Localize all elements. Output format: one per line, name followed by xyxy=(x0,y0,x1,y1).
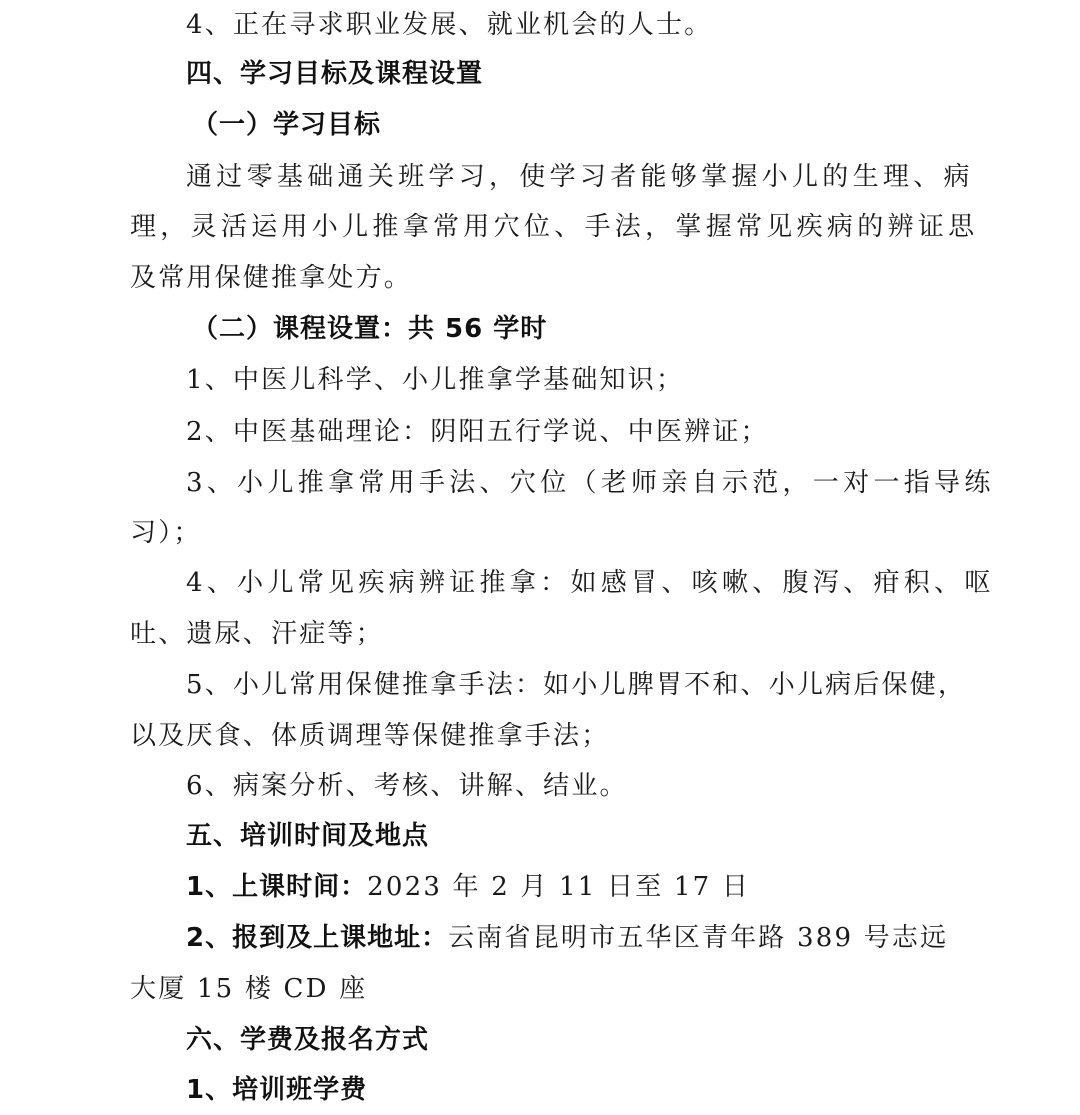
address-value: 云南省昆明市五华区青年路 389 号志远 xyxy=(448,923,948,953)
course-item-5-line-2: 以及厌食、体质调理等保健推拿手法； xyxy=(130,711,960,761)
address-label: 2、报到及上课地址： xyxy=(186,923,448,953)
address-line-2: 大厦 15 楼 CD 座 xyxy=(130,964,960,1014)
course-item-2: 2、中医基础理论：阴阳五行学说、中医辨证； xyxy=(186,407,1016,457)
section-4-title: 四、学习目标及课程设置 xyxy=(186,49,1016,99)
course-item-3-line-2: 习）； xyxy=(130,508,960,558)
course-item-4-line-1: 4、小儿常见疾病辨证推拿：如感冒、咳嗽、腹泻、疳积、呕 xyxy=(186,558,1016,608)
document-page: 4、正在寻求职业发展、就业机会的人士。 四、学习目标及课程设置 （一）学习目标 … xyxy=(0,0,1080,1115)
subsection-1-title: （一）学习目标 xyxy=(192,100,1022,150)
course-item-4-line-2: 吐、遗尿、汗症等； xyxy=(130,609,960,659)
goal-paragraph-line-2: 理，灵活运用小儿推拿常用穴位、手法，掌握常见疾病的辨证思 xyxy=(130,202,960,252)
class-time-label: 1、上课时间： xyxy=(186,872,367,902)
class-time-line: 1、上课时间：2023 年 2 月 11 日至 17 日 xyxy=(186,862,1016,912)
goal-paragraph-line-1: 通过零基础通关班学习，使学习者能够掌握小儿的生理、病 xyxy=(186,152,1016,202)
course-item-5-line-1: 5、小儿常用保健推拿手法：如小儿脾胃不和、小儿病后保健， xyxy=(186,660,1016,710)
course-item-6: 6、病案分析、考核、讲解、结业。 xyxy=(186,761,1016,811)
fee-subtitle: 1、培训班学费 xyxy=(186,1065,1016,1115)
goal-paragraph-line-3: 及常用保健推拿处方。 xyxy=(130,253,960,303)
class-time-value: 2023 年 2 月 11 日至 17 日 xyxy=(367,872,750,902)
course-item-1: 1、中医儿科学、小儿推拿学基础知识； xyxy=(186,355,1016,405)
address-line-1: 2、报到及上课地址：云南省昆明市五华区青年路 389 号志远 xyxy=(186,913,1016,963)
course-item-3-line-1: 3、小儿推拿常用手法、穴位（老师亲自示范，一对一指导练 xyxy=(186,458,1016,508)
section-5-title: 五、培训时间及地点 xyxy=(186,811,1016,861)
audience-item-4: 4、正在寻求职业发展、就业机会的人士。 xyxy=(186,0,1016,50)
section-6-title: 六、学费及报名方式 xyxy=(186,1015,1016,1065)
subsection-2-title: （二）课程设置：共 56 学时 xyxy=(192,304,1022,354)
